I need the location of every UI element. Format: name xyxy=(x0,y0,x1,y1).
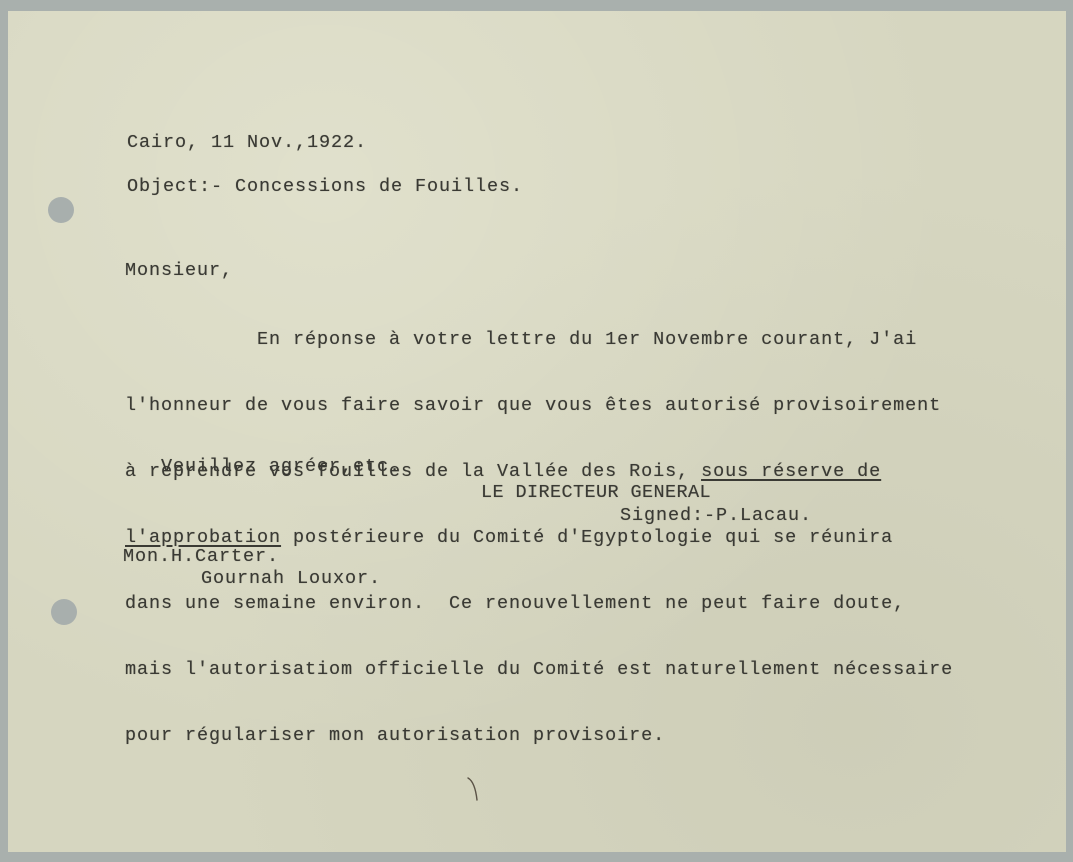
underlined-text: sous réserve de xyxy=(701,461,881,482)
salutation: Monsieur, xyxy=(125,260,233,282)
body-line: l'honneur de vous faire savoir que vous … xyxy=(125,395,953,417)
signature-name: Signed:-P.Lacau. xyxy=(620,505,812,527)
recipient-name: Mon.H.Carter. xyxy=(123,546,279,568)
pen-mark-icon xyxy=(466,776,480,802)
punch-hole-top xyxy=(48,197,74,223)
punch-hole-bottom xyxy=(51,599,77,625)
body-line: dans une semaine environ. Ce renouvellem… xyxy=(125,593,953,615)
recipient-address: Gournah Louxor. xyxy=(201,568,381,590)
date-line: Cairo, 11 Nov.,1922. xyxy=(127,132,367,154)
closing-line: Veuillez agréer,etc. xyxy=(161,456,401,478)
object-line: Object:- Concessions de Fouilles. xyxy=(127,176,523,198)
body-line: mais l'autorisatiom officielle du Comité… xyxy=(125,659,953,681)
letter-body: En réponse à votre lettre du 1er Novembr… xyxy=(125,285,953,769)
body-line: En réponse à votre lettre du 1er Novembr… xyxy=(125,329,953,351)
underlined-text: l'approbation xyxy=(125,527,281,548)
body-line: pour régulariser mon autorisation provis… xyxy=(125,725,953,747)
signature-title: LE DIRECTEUR GENERAL xyxy=(481,482,711,504)
